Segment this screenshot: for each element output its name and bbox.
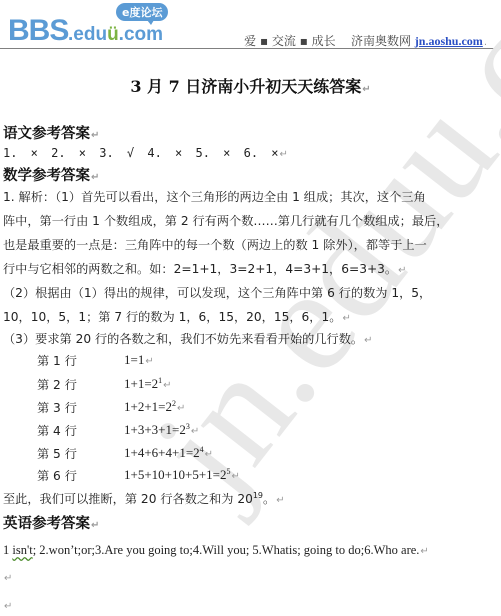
row-label: 第 6 行 [37, 467, 77, 484]
math-conclusion: 至此，我们可以推断，第 20 行各数之和为 2019。↵ [3, 490, 285, 507]
row-formula: 1+3+3+1=23↵ [124, 422, 199, 438]
row-formula: 1+2+1=22↵ [124, 399, 185, 415]
row-label: 第 3 行 [37, 399, 77, 416]
logo-domain-text: .eduü.com [68, 24, 163, 46]
math-line-7: （3）要求第 20 行的各数之和，我们不妨先来看看开始的几行数。↵ [3, 330, 372, 347]
row-formula: 1=1↵ [124, 352, 154, 368]
row-label: 第 5 行 [37, 445, 77, 462]
tagline-text: 爱 ▪ 交流 ▪ 成长 [244, 34, 336, 48]
row-label: 第 4 行 [37, 422, 77, 439]
math-line-2: 阵中，第一行由 1 个数组成，第 2 行有两个数……第几行就有几个数组成；最后， [3, 212, 448, 229]
site-link[interactable]: jn.aoshu.com [415, 34, 483, 48]
math-line-5: （2）根据由（1）得出的规律，可以发现，这个三角阵中第 6 行的数为 1，5， [3, 284, 431, 301]
math-line-3: 也是最重要的一点是：三角阵中的每一个数（两边上的数 1 除外），都等于上一 [3, 236, 427, 253]
row-formula: 1+5+10+10+5+1=25↵ [124, 467, 240, 483]
page-header: BBS .eduü.com e度论坛 爱 ▪ 交流 ▪ 成长 济南奥数网 jn.… [0, 0, 501, 48]
row-label: 第 2 行 [37, 376, 77, 393]
math-line-1: 1. 解析：（1）首先可以看出，这个三角形的两边全由 1 组成；其次，这个三角 [3, 188, 426, 205]
chinese-answers: 1. × 2. × 3. √ 4. × 5. × 6. ×↵ [3, 146, 288, 160]
empty-paragraph: ↵ [3, 598, 12, 612]
row-label: 第 1 行 [37, 352, 77, 369]
site-name: 济南奥数网 [351, 34, 411, 48]
logo-speech-bubble: e度论坛 [116, 3, 168, 21]
english-heading: 英语参考答案↵ [3, 512, 99, 533]
math-line-4: 行中与它相邻的两数之和。如：2=1+1，3=2+1，4=3+1，6=3+3。↵ [3, 260, 407, 277]
document-title: 3 月 7 日济南小升初天天练答案↵ [0, 74, 501, 97]
paragraph-mark: . [484, 37, 487, 48]
bbs-eduu-logo[interactable]: BBS .eduü.com e度论坛 [8, 6, 178, 46]
row-formula: 1+4+6+4+1=24↵ [124, 445, 213, 461]
logo-bbs-text: BBS [8, 14, 68, 48]
row-formula: 1+1=21↵ [124, 376, 172, 392]
header-tagline: 爱 ▪ 交流 ▪ 成长 济南奥数网 jn.aoshu.com. [244, 32, 487, 49]
chinese-heading: 语文参考答案↵ [3, 122, 99, 143]
spellcheck-flagged-word[interactable]: isn't [12, 543, 32, 557]
math-line-6: 10，10，5，1；第 7 行的数为 1，6，15，20，15，6，1。↵ [3, 308, 351, 325]
english-answers: 1 isn't; 2.won’t;or;3.Are you going to;4… [3, 543, 429, 558]
empty-paragraph: ↵ [3, 570, 12, 584]
header-divider [0, 48, 501, 49]
math-heading: 数学参考答案↵ [3, 164, 99, 185]
